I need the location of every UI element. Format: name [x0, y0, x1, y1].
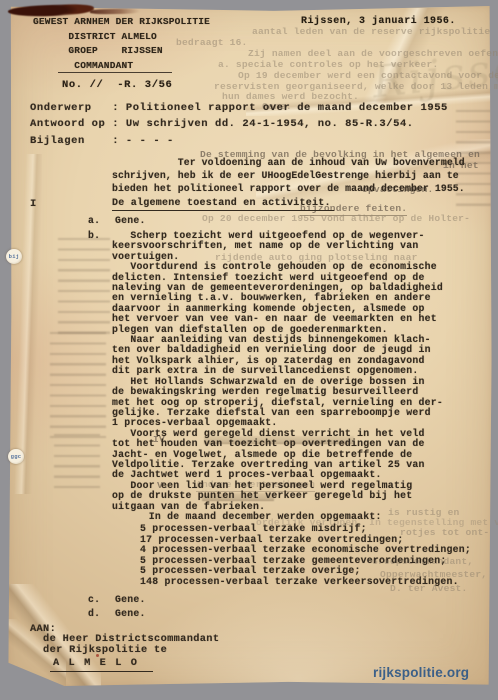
crease-left-vertical: [14, 154, 42, 494]
item-a-marker: a.: [88, 216, 100, 226]
paper-speck: [96, 654, 99, 657]
intro-paragraph: Ter voldoening aan de inhoud van Uw bove…: [112, 157, 465, 195]
hole-reinforcement-sticker: ggc: [8, 449, 24, 464]
section-number: I: [30, 199, 37, 209]
item-c-text: Gene.: [115, 595, 146, 605]
site-watermark: rijkspolitie.org: [373, 665, 469, 680]
item-a-text: Gene.: [115, 216, 146, 226]
commandant-underline: [58, 72, 172, 73]
section-heading: De algemene toestand en activiteit.: [112, 199, 334, 209]
item-b-marker: b.: [88, 231, 100, 241]
meta-rows: Onderwerp : Politioneel rapport over de …: [30, 100, 448, 149]
ink-smear-tail: [90, 9, 140, 14]
letterhead-org: GEWEST ARNHEM DER RIJKSPOLITIE DISTRICT …: [33, 15, 210, 73]
section-heading-text: De algemene toestand en activiteit.: [112, 198, 334, 211]
reference-number: No. // -R. 3/56: [62, 80, 172, 90]
bleedthrough-text: aantal leden van de reserve rijkspolitie: [252, 26, 490, 37]
sticker-print: ggc: [11, 453, 22, 460]
sticker-print: bij: [9, 253, 20, 260]
place-date-line: Rijssen, 3 januari 1956.: [301, 17, 456, 27]
addressee-block: AAN: de Heer Districtscommandant der Rij…: [30, 624, 219, 655]
scanned-document: aantal leden van de reserve rijkspolitie…: [0, 0, 498, 700]
item-b-body: Scherp toezicht werd uitgeoefend op de w…: [112, 231, 443, 522]
item-c-marker: c.: [88, 595, 100, 605]
hole-reinforcement-sticker: bij: [6, 249, 22, 264]
item-d-text: Gene.: [115, 609, 146, 619]
proces-verbaal-list: 5 processen-verbaal terzake misdrijf; 17…: [140, 524, 471, 588]
bleedthrough-smudge: [50, 332, 106, 444]
bleedthrough-smudge: [58, 238, 110, 334]
addressee-city-text: A L M E L O: [50, 657, 153, 672]
bleedthrough-smudge: [54, 434, 100, 496]
item-d-marker: d.: [88, 609, 100, 619]
addressee-city: A L M E L O: [50, 658, 153, 668]
bleedthrough-text: Op 20 december 1955 vond alhier op de Ho…: [202, 213, 470, 224]
